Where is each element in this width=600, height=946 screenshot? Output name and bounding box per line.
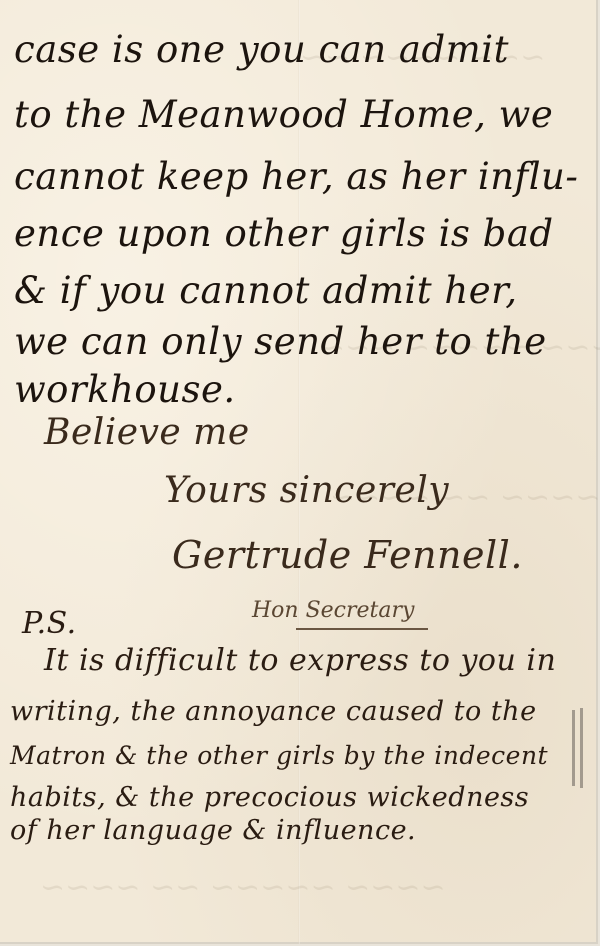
body-line: cannot keep her, as her influ- (14, 155, 578, 198)
title-annotation: Hon Secretary (252, 598, 414, 623)
body-line: ence upon other girls is bad (14, 212, 554, 255)
margin-emphasis-mark (580, 708, 583, 788)
margin-emphasis-mark (572, 710, 575, 786)
closing-valediction: Yours sincerely (164, 470, 449, 511)
body-line: workhouse. (14, 368, 236, 411)
postscript-line: It is difficult to express to you in (44, 643, 556, 678)
postscript-line: of her language & influence. (10, 815, 416, 846)
body-line: case is one you can admit (14, 28, 509, 71)
closing-salutation: Believe me (44, 412, 250, 453)
bleed-through-text: ~~~~ ~~~~~ ~~ ~~~~ (40, 870, 446, 905)
body-line: & if you cannot admit her, (14, 269, 518, 312)
body-line: we can only send her to the (14, 320, 547, 363)
postscript-label: P.S. (22, 606, 77, 641)
signature: Gertrude Fennell. (172, 533, 523, 577)
letter-page: ~~~ ~~~~ ~~ ~~~ ~~~~~ ~~~ ~~~~ ~~ ~~~~ ~… (0, 0, 598, 944)
postscript-line: writing, the annoyance caused to the (10, 696, 537, 727)
postscript-line: habits, & the precocious wickedness (10, 782, 529, 813)
body-line: to the Meanwood Home, we (14, 93, 553, 136)
postscript-line: Matron & the other girls by the indecent (10, 741, 548, 770)
annotation-underline (296, 628, 428, 630)
